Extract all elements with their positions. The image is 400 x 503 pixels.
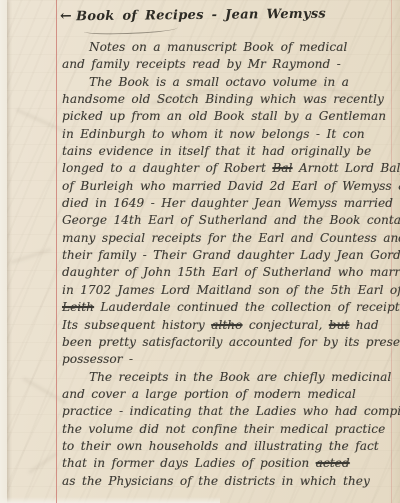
struck-text: Bal bbox=[272, 161, 292, 175]
annotation-header: ←Book of Recipes - Jean Wemyss bbox=[60, 6, 326, 25]
manuscript-line: their family - Their Grand daughter Lady… bbox=[62, 247, 396, 264]
handwritten-text: handsome old Scotch Binding which was re… bbox=[62, 92, 384, 106]
manuscript-page: ←Book of Recipes - Jean Wemyss Notes on … bbox=[0, 0, 400, 503]
handwritten-text: George 14th Earl of Sutherland and the B… bbox=[62, 213, 400, 227]
handwritten-text: Its subsequent history bbox=[62, 318, 211, 332]
manuscript-line: and cover a large portion of modern medi… bbox=[62, 386, 396, 403]
handwritten-text: as the Physicians of the districts in wh… bbox=[62, 474, 370, 488]
struck-text: Leith bbox=[62, 300, 94, 314]
handwritten-text: and family receipts read by Mr Raymond - bbox=[62, 57, 341, 71]
handwritten-text: Notes on a manuscript Book of medical bbox=[89, 40, 347, 54]
manuscript-line: daughter of John 15th Earl of Sutherland… bbox=[62, 264, 396, 281]
struck-text: altho bbox=[211, 318, 242, 332]
handwritten-text: conjectural, bbox=[242, 318, 328, 332]
manuscript-line: died in 1649 - Her daughter Jean Wemyss … bbox=[62, 195, 396, 212]
manuscript-line: Leith Lauderdale continued the collectio… bbox=[62, 299, 396, 316]
manuscript-line: been pretty satisfactorily accounted for… bbox=[62, 334, 396, 351]
arrow-left-icon: ← bbox=[60, 8, 72, 24]
annotation-title: Book of Recipes - Jean Wemyss bbox=[76, 7, 326, 25]
handwritten-text: been pretty satisfactorily accounted for… bbox=[62, 335, 400, 349]
handwritten-text: in 1702 James Lord Maitland son of the 5… bbox=[62, 283, 400, 297]
showthrough-mark bbox=[23, 378, 67, 405]
handwritten-text: possessor - bbox=[62, 352, 133, 366]
handwritten-text: the volume did not confine their medical… bbox=[62, 422, 385, 436]
manuscript-line: in 1702 James Lord Maitland son of the 5… bbox=[62, 282, 396, 299]
manuscript-line: The Book is a small octavo volume in a bbox=[62, 74, 396, 91]
handwritten-text: Lauderdale continued the collection of r… bbox=[94, 300, 400, 314]
manuscript-line: in Edinburgh to whom it now belongs - It… bbox=[62, 126, 396, 143]
manuscript-line: The receipts in the Book are chiefly med… bbox=[62, 369, 396, 386]
manuscript-line: that in former days Ladies of position a… bbox=[62, 455, 396, 472]
manuscript-line: and family receipts read by Mr Raymond - bbox=[62, 56, 396, 73]
handwritten-text: picked up from an old Book stall by a Ge… bbox=[62, 109, 386, 123]
showthrough-mark bbox=[29, 452, 58, 473]
struck-text: but bbox=[329, 318, 350, 332]
manuscript-line: as the Physicians of the districts in wh… bbox=[62, 473, 396, 490]
handwritten-text: The Book is a small octavo volume in a bbox=[89, 75, 349, 89]
handwritten-text: died in 1649 - Her daughter Jean Wemyss … bbox=[62, 196, 393, 210]
handwritten-text: The receipts in the Book are chiefly med… bbox=[89, 370, 391, 384]
manuscript-line: longed to a daughter of Robert Bal Arnot… bbox=[62, 160, 396, 177]
showthrough-mark bbox=[16, 109, 67, 133]
manuscript-line: practice - indicating that the Ladies wh… bbox=[62, 403, 396, 420]
underline-flourish bbox=[84, 24, 178, 35]
handwritten-text: to their own households and illustrating… bbox=[62, 439, 379, 453]
handwritten-text: tains evidence in itself that it had ori… bbox=[62, 144, 371, 158]
manuscript-line: Notes on a manuscript Book of medical bbox=[62, 39, 396, 56]
handwritten-text: practice - indicating that the Ladies wh… bbox=[62, 404, 400, 418]
manuscript-line: handsome old Scotch Binding which was re… bbox=[62, 91, 396, 108]
handwritten-text: of Burleigh who married David 2d Earl of… bbox=[62, 179, 400, 193]
manuscript-line: many special receipts for the Earl and C… bbox=[62, 230, 396, 247]
handwritten-text: their family - Their Grand daughter Lady… bbox=[62, 248, 400, 262]
manuscript-line: possessor - bbox=[62, 351, 396, 368]
handwritten-text: in Edinburgh to whom it now belongs - It… bbox=[62, 127, 365, 141]
handwritten-text: and cover a large portion of modern medi… bbox=[62, 387, 356, 401]
manuscript-lines: Notes on a manuscript Book of medicaland… bbox=[62, 39, 396, 490]
showthrough-mark bbox=[11, 249, 52, 264]
manuscript-line: of Burleigh who married David 2d Earl of… bbox=[62, 178, 396, 195]
manuscript-line: tains evidence in itself that it had ori… bbox=[62, 143, 396, 160]
manuscript-line: picked up from an old Book stall by a Ge… bbox=[62, 108, 396, 125]
margin-rule-left bbox=[56, 0, 57, 503]
manuscript-line: the volume did not confine their medical… bbox=[62, 421, 396, 438]
handwritten-text: that in former days Ladies of position bbox=[62, 456, 316, 470]
handwritten-text: Arnott Lord Balfour bbox=[292, 161, 400, 175]
handwritten-text: had bbox=[349, 318, 378, 332]
manuscript-line: George 14th Earl of Sutherland and the B… bbox=[62, 212, 396, 229]
page-bottom-edge bbox=[0, 497, 220, 503]
handwritten-text: longed to a daughter of Robert bbox=[62, 161, 272, 175]
manuscript-line: to their own households and illustrating… bbox=[62, 438, 396, 455]
handwritten-text: daughter of John 15th Earl of Sutherland… bbox=[62, 265, 400, 279]
struck-text: acted bbox=[316, 456, 350, 470]
manuscript-line: Its subsequent history altho conjectural… bbox=[62, 317, 396, 334]
handwritten-text: many special receipts for the Earl and C… bbox=[62, 231, 400, 245]
page-left-edge bbox=[0, 0, 7, 503]
